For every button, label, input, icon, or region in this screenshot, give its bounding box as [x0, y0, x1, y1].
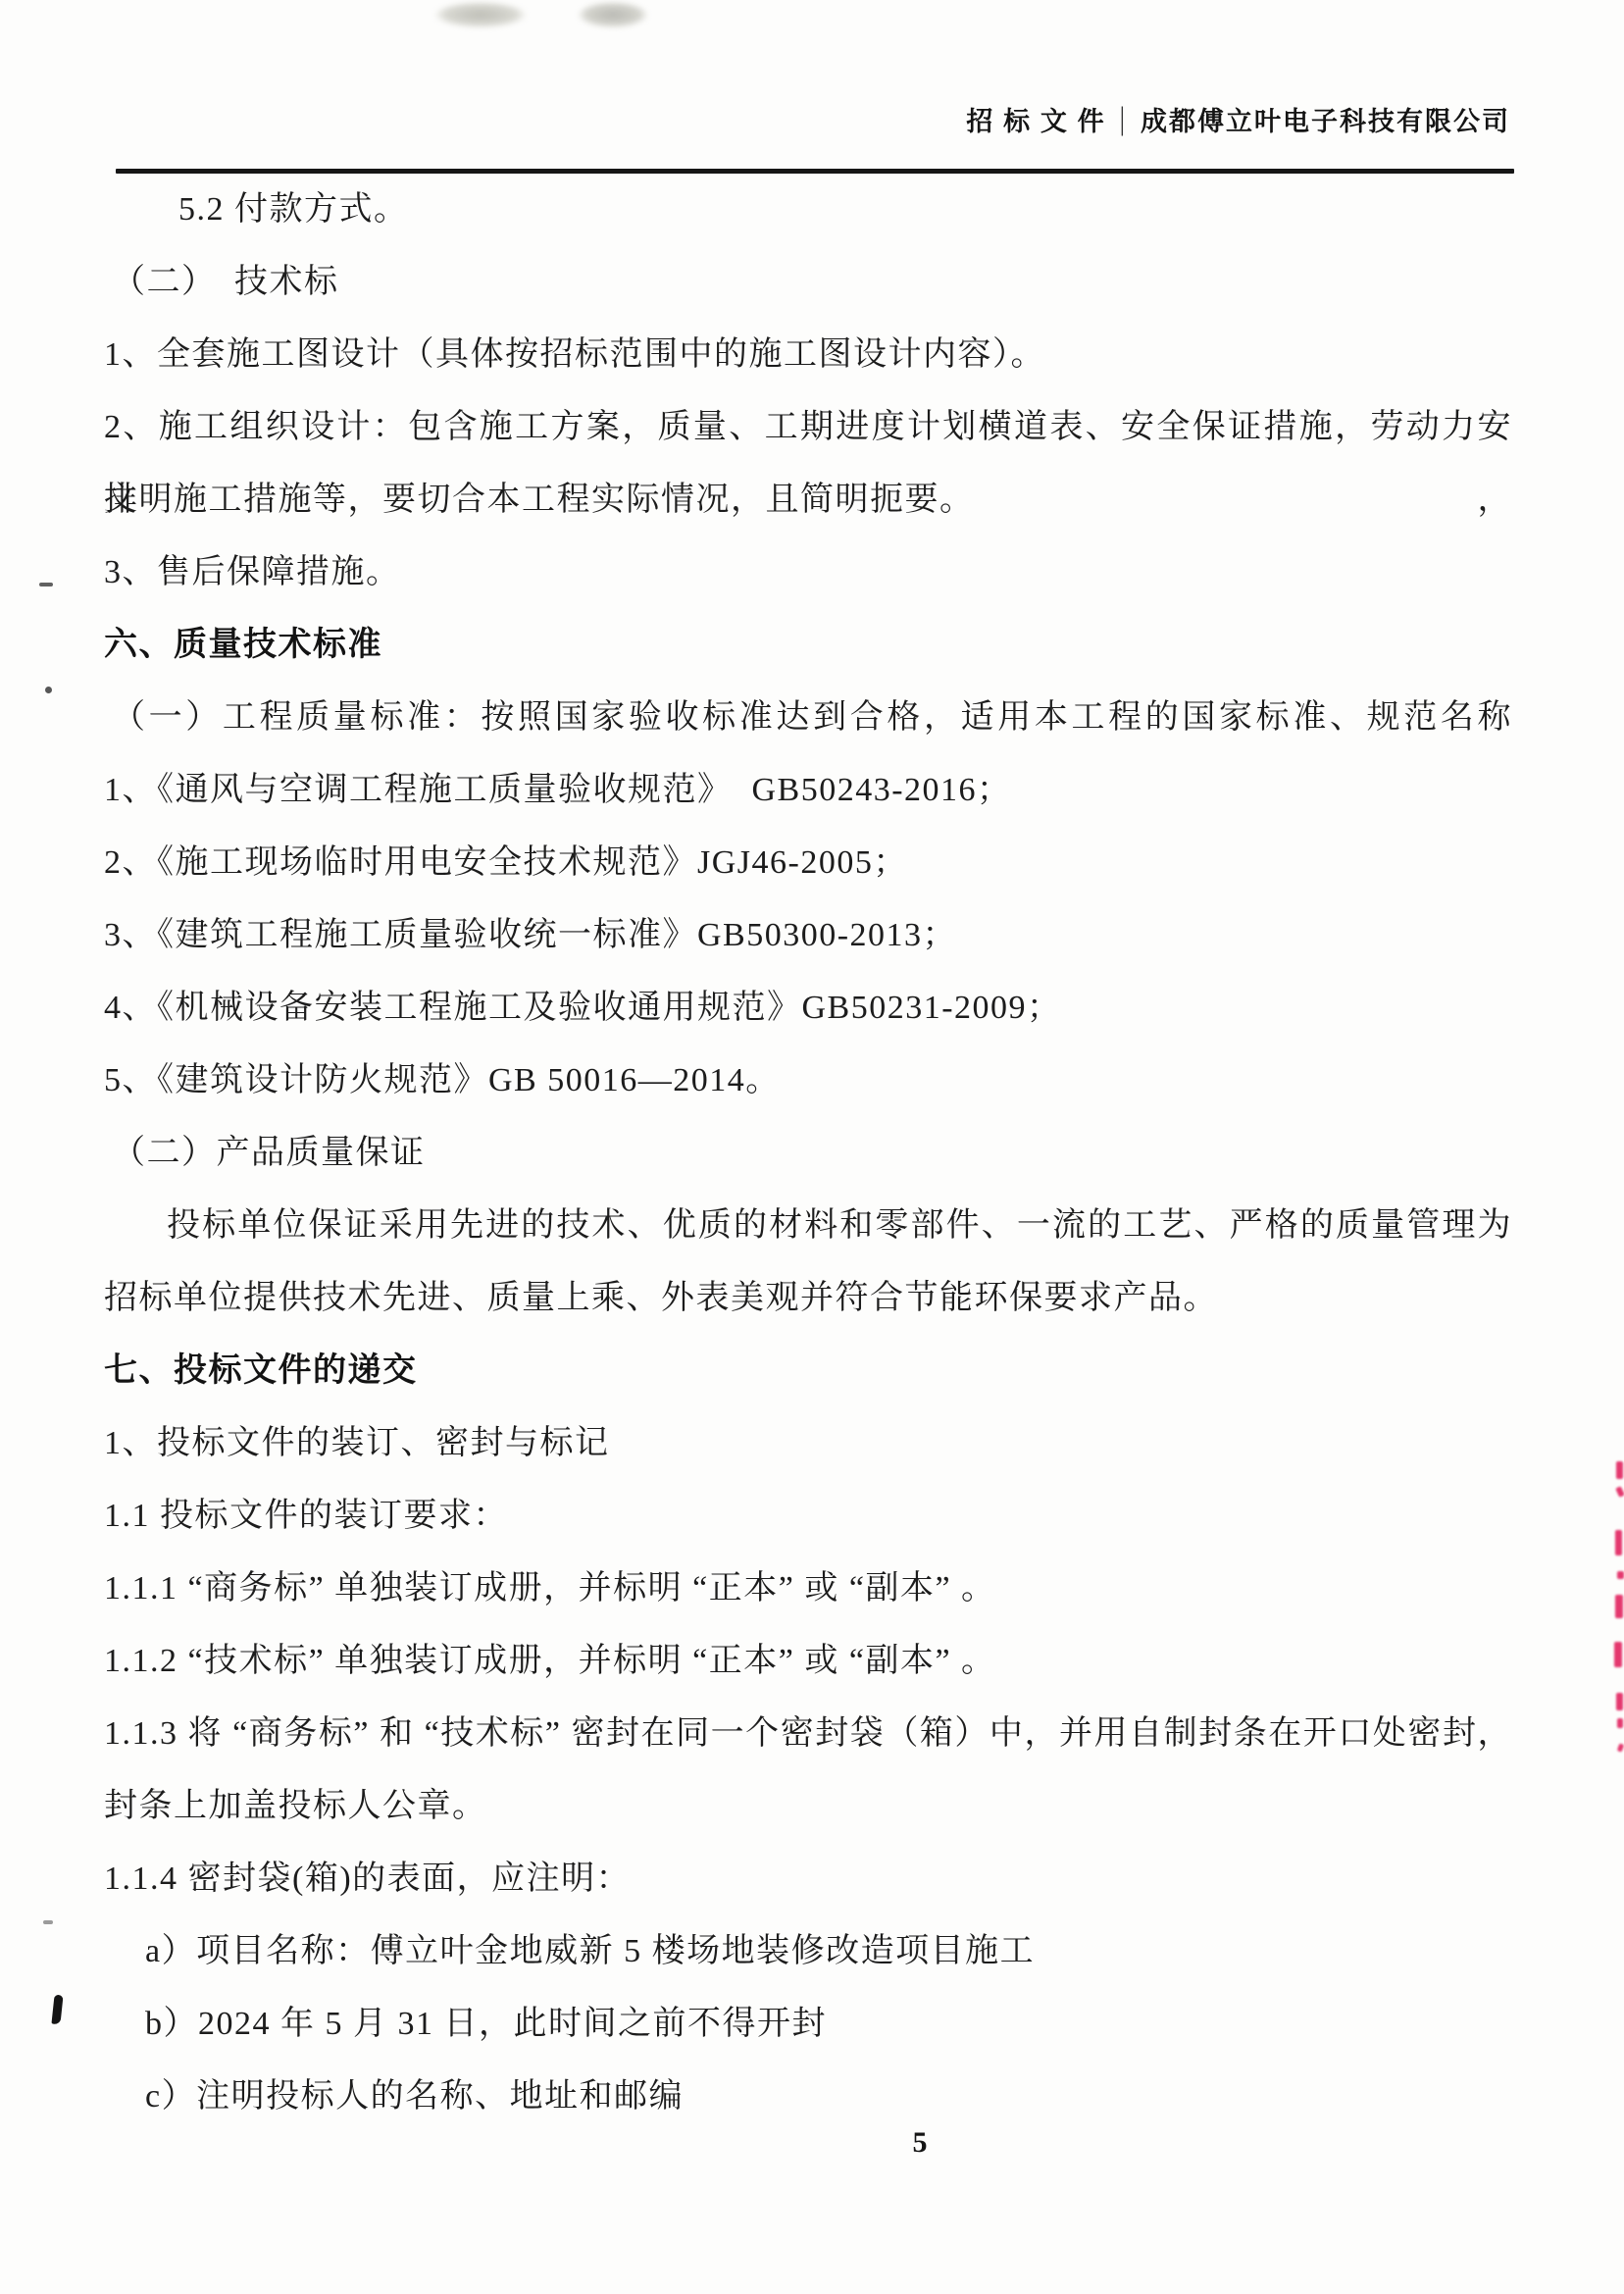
margin-mark: [45, 687, 52, 693]
text-line: （一）工程质量标准：按照国家验收标准达到合格，适用本工程的国家标准、规范名称: [104, 682, 1512, 754]
text-line: （二）产品质量保证: [104, 1117, 1512, 1190]
red-bleed-mark: [1615, 1595, 1623, 1618]
document-page: 招 标 文 件 | 成都傅立叶电子科技有限公司 5.2 付款方式。（二） 技术标…: [0, 0, 1624, 2294]
red-bleed-mark: [1615, 1486, 1624, 1498]
header-doc-type: 招 标 文 件: [966, 100, 1105, 138]
header-company-name: 成都傅立叶电子科技有限公司: [1141, 100, 1510, 138]
margin-mark: [39, 583, 53, 586]
text-line: 1.1.3 将 “商务标” 和 “技术标” 密封在同一个密封袋（箱）中，并用自制…: [104, 1698, 1512, 1770]
text-line: 1.1 投标文件的装订要求：: [104, 1480, 1512, 1553]
text-line: 4、《机械设备安装工程施工及验收通用规范》GB50231-2009；: [104, 972, 1512, 1045]
document-body: 5.2 付款方式。（二） 技术标1、全套施工图设计（具体按招标范围中的施工图设计…: [104, 174, 1512, 2133]
page-number: 5: [890, 2120, 949, 2166]
text-line: 1.1.1 “商务标” 单独装订成册，并标明 “正本” 或 “副本” 。: [104, 1553, 1512, 1625]
red-bleed-mark: [1617, 1571, 1624, 1579]
text-line: 5.2 付款方式。: [104, 174, 1512, 246]
text-line: 3、售后保障措施。: [104, 536, 1512, 609]
red-bleed-mark: [1616, 1461, 1623, 1479]
text-line: 1、《通风与空调工程施工质量验收规范》 GB50243-2016；: [104, 754, 1512, 827]
text-line: 六、质量技术标准: [104, 609, 1512, 682]
text-line: 3、《建筑工程施工质量验收统一标准》GB50300-2013；: [104, 899, 1512, 972]
text-line: b）2024 年 5 月 31 日，此时间之前不得开封: [104, 1988, 1512, 2061]
header-divider-icon: |: [1120, 100, 1127, 136]
text-line: 1、投标文件的装订、密封与标记: [104, 1407, 1512, 1480]
text-line: 七、投标文件的递交: [104, 1335, 1512, 1407]
text-line: 封条上加盖投标人公章。: [104, 1770, 1512, 1843]
text-line: 1.1.2 “技术标” 单独装订成册，并标明 “正本” 或 “副本” 。: [104, 1625, 1512, 1698]
red-bleed-mark: [1614, 1642, 1622, 1667]
red-bleed-mark: [1616, 1693, 1623, 1710]
text-line: c）注明投标人的名称、地址和邮编: [104, 2061, 1512, 2133]
red-bleed-mark: [1617, 1743, 1624, 1752]
text-line: 2、《施工现场临时用电安全技术规范》JGJ46-2005；: [104, 827, 1512, 899]
margin-mark: [43, 1920, 53, 1924]
text-line: 投标单位保证采用先进的技术、优质的材料和零部件、一流的工艺、严格的质量管理为: [104, 1190, 1512, 1262]
text-line: （二） 技术标: [104, 246, 1512, 319]
text-line: 招标单位提供技术先进、质量上乘、外表美观并符合节能环保要求产品。: [104, 1262, 1512, 1335]
red-bleed-mark: [1615, 1530, 1622, 1555]
ink-drop-mark: [51, 1995, 63, 2025]
text-line: 1、全套施工图设计（具体按招标范围中的施工图设计内容）。: [104, 319, 1512, 391]
page-header: 招 标 文 件 | 成都傅立叶电子科技有限公司: [966, 98, 1510, 139]
text-line: 1.1.4 密封袋(箱)的表面，应注明：: [104, 1843, 1512, 1915]
red-bleed-mark: [1617, 1718, 1623, 1728]
text-line: 5、《建筑设计防火规范》GB 50016—2014。: [104, 1045, 1512, 1117]
scan-smudge: [435, 2, 526, 27]
scan-smudge: [579, 2, 647, 27]
text-line: a）项目名称：傅立叶金地威新 5 楼场地装修改造项目施工: [104, 1915, 1512, 1988]
text-line: 2、施工组织设计：包含施工方案，质量、工期进度计划横道表、安全保证措施，劳动力安…: [104, 391, 1512, 464]
